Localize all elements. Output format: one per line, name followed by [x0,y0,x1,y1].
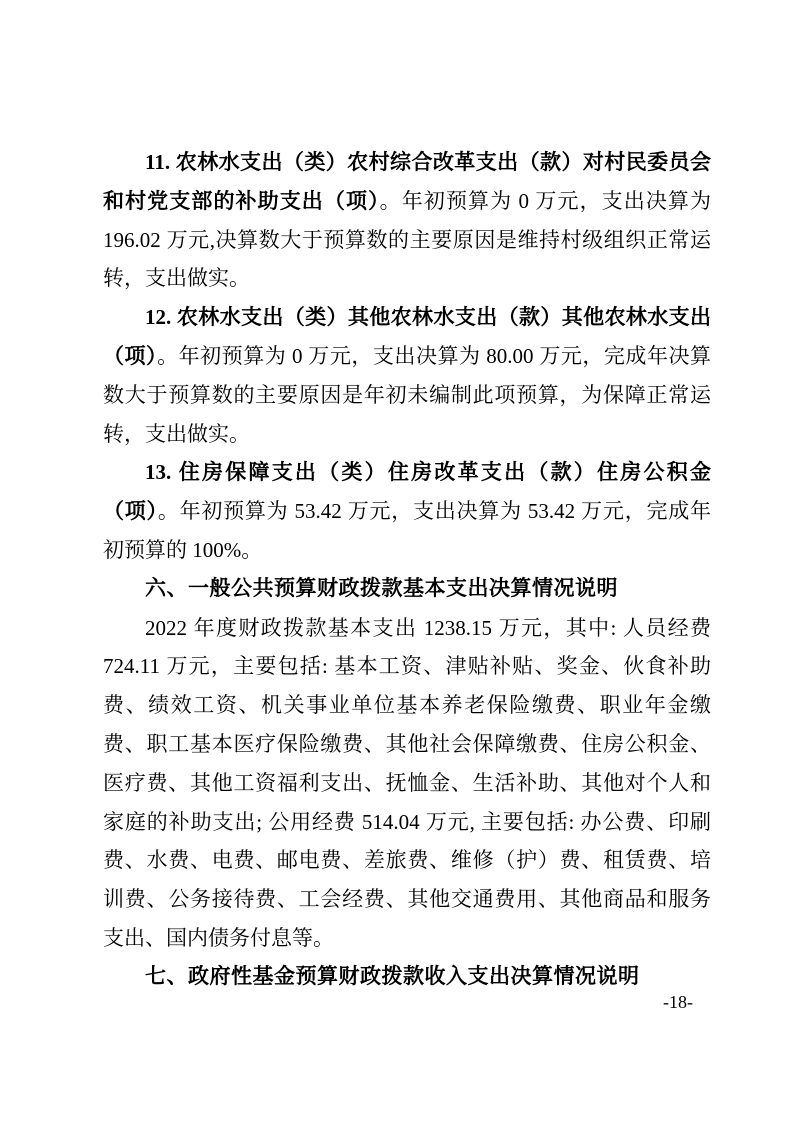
document-body: 11. 农林水支出（类）农村综合改革支出（款）对村民委员会和村党支部的补助支出（… [103,143,711,997]
paragraph-item-12-text: 。年初预算为 0 万元，支出决算为 80.00 万元，完成年决算数大于预算数的主… [103,344,711,446]
paragraph-section-six-body: 2022 年度财政拨款基本支出 1238.15 万元，其中: 人员经费 724.… [103,609,711,958]
section-heading-six: 六、一般公共预算财政拨款基本支出决算情况说明 [103,570,711,609]
paragraph-item-13-text: 。年初预算为 53.42 万元，支出决算为 53.42 万元，完成年初预算的 1… [103,499,711,562]
page-number: -18- [648,990,708,1014]
paragraph-item-13: 13. 住房保障支出（类）住房改革支出（款）住房公积金（项）。年初预算为 53.… [103,453,711,569]
section-heading-seven: 七、政府性基金预算财政拨款收入支出决算情况说明 [103,958,711,997]
paragraph-item-12: 12. 农林水支出（类）其他农林水支出（款）其他农林水支出（项）。年初预算为 0… [103,298,711,453]
document-page: 11. 农林水支出（类）农村综合改革支出（款）对村民委员会和村党支部的补助支出（… [0,0,793,1122]
paragraph-item-11: 11. 农林水支出（类）农村综合改革支出（款）对村民委员会和村党支部的补助支出（… [103,143,711,298]
